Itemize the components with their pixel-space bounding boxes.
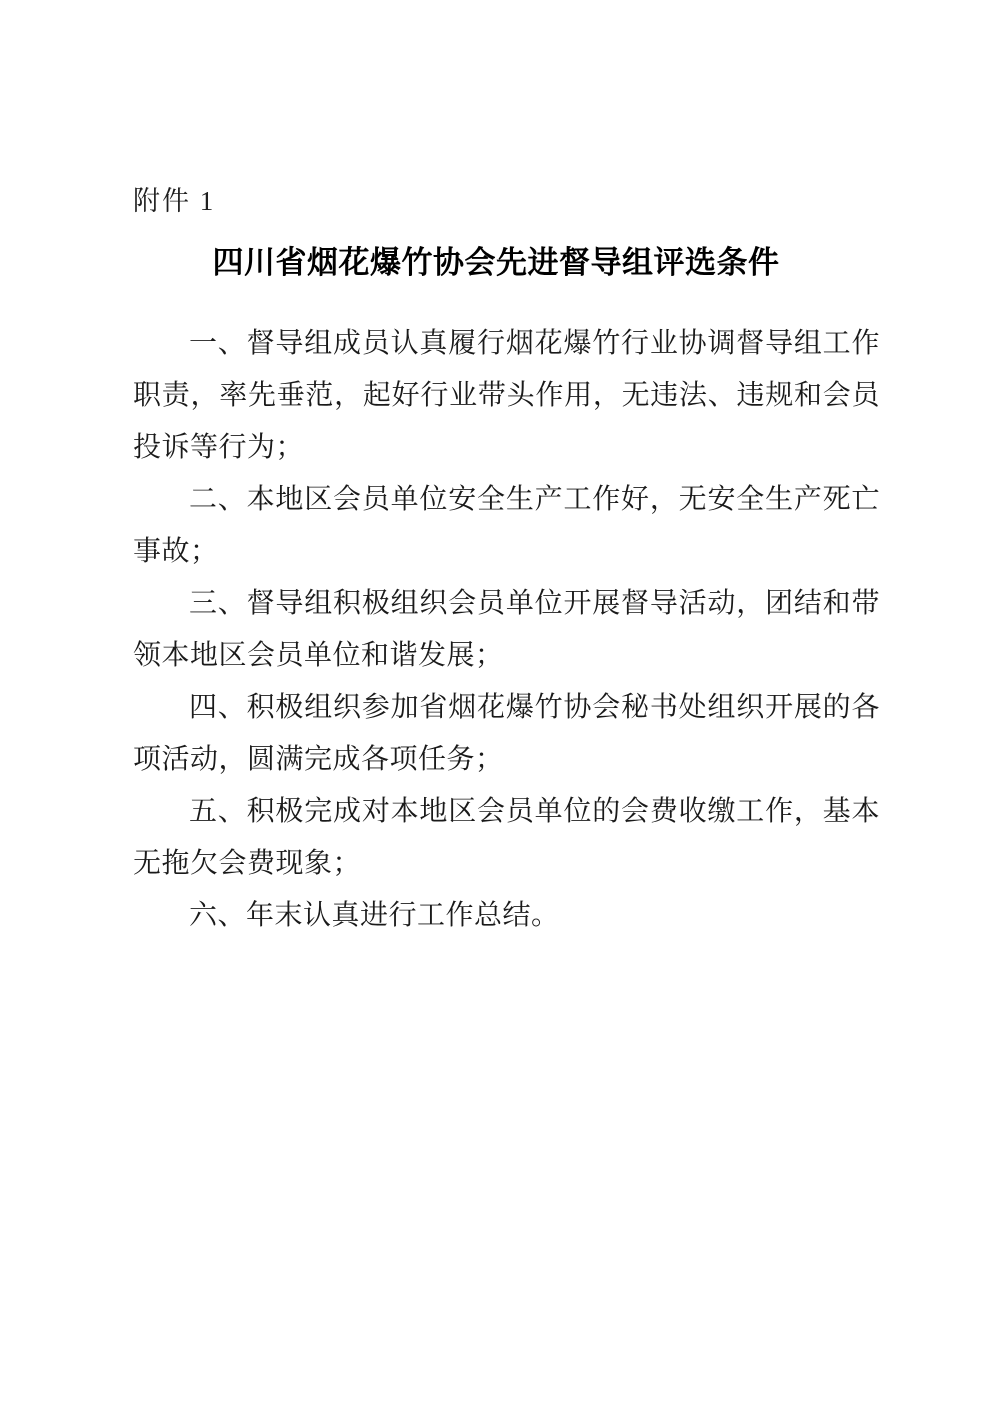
list-item-4: 四、积极组织参加省烟花爆竹协会秘书处组织开展的各项活动，圆满完成各项任务； bbox=[133, 682, 880, 786]
attachment-label: 附件 1 bbox=[133, 183, 215, 219]
list-item-2: 二、本地区会员单位安全生产工作好，无安全生产死亡事故； bbox=[133, 474, 880, 578]
list-item-5: 五、积极完成对本地区会员单位的会费收缴工作，基本无拖欠会费现象； bbox=[133, 786, 880, 890]
document-page: 附件 1 四川省烟花爆竹协会先进督导组评选条件 一、督导组成员认真履行烟花爆竹行… bbox=[0, 0, 992, 1403]
list-item-6: 六、年末认真进行工作总结。 bbox=[133, 890, 880, 942]
document-body: 一、督导组成员认真履行烟花爆竹行业协调督导组工作职责，率先垂范，起好行业带头作用… bbox=[133, 318, 880, 942]
page-title: 四川省烟花爆竹协会先进督导组评选条件 bbox=[0, 242, 992, 284]
list-item-3: 三、督导组积极组织会员单位开展督导活动，团结和带领本地区会员单位和谐发展； bbox=[133, 578, 880, 682]
list-item-1: 一、督导组成员认真履行烟花爆竹行业协调督导组工作职责，率先垂范，起好行业带头作用… bbox=[133, 318, 880, 474]
